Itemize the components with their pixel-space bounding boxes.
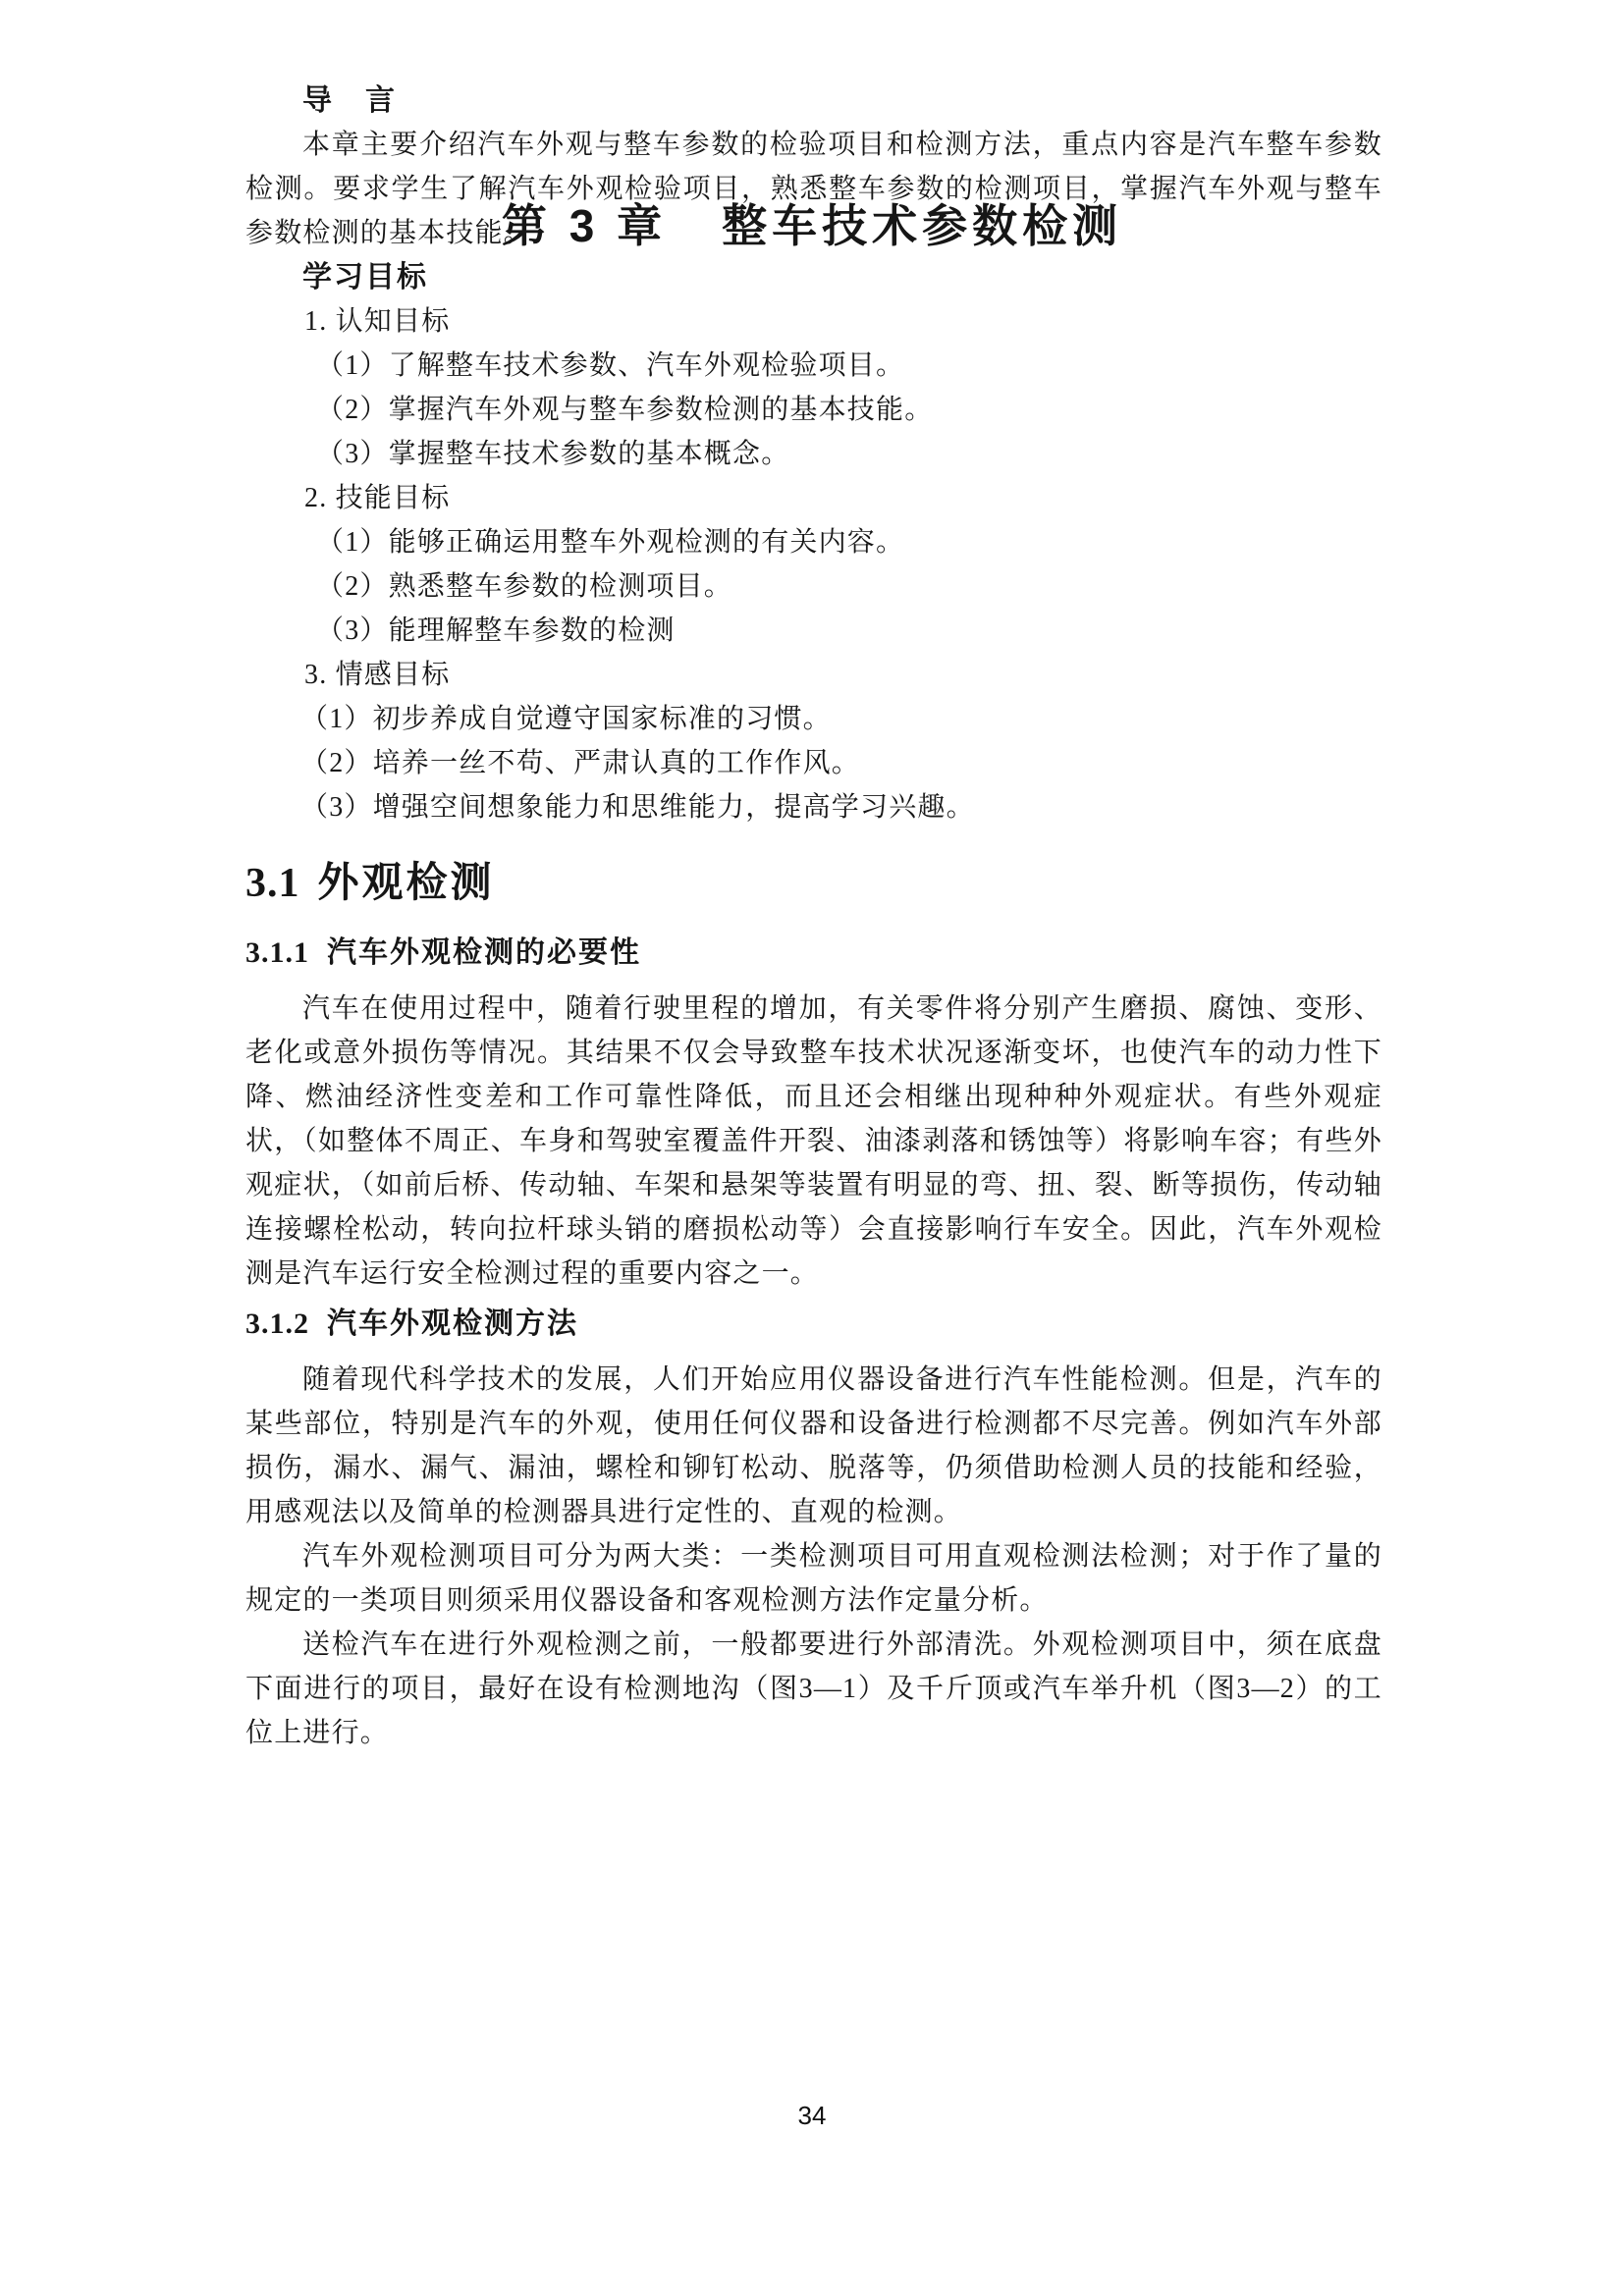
objective-item: （2）掌握汽车外观与整车参数检测的基本技能。 bbox=[245, 388, 1382, 432]
body-paragraph: 汽车外观检测项目可分为两大类：一类检测项目可用直观检测法检测；对于作了量的规定的… bbox=[245, 1534, 1382, 1623]
body-paragraph: 汽车在使用过程中，随着行驶里程的增加，有关零件将分别产生磨损、腐蚀、变形、老化或… bbox=[245, 987, 1382, 1296]
subsection-body: 随着现代科学技术的发展，人们开始应用仪器设备进行汽车性能检测。但是，汽车的某些部… bbox=[245, 1358, 1382, 1755]
objective-group-heading: 3. 情感目标 bbox=[245, 653, 1382, 697]
objective-item: （2）培养一丝不苟、严肃认真的工作作风。 bbox=[245, 741, 1382, 785]
subsection-title: 汽车外观检测方法 bbox=[327, 1308, 578, 1340]
page-content: 导 言 本章主要介绍汽车外观与整车参数的检验项目和检测方法，重点内容是汽车整车参… bbox=[245, 0, 1382, 1755]
section-number: 3.1 bbox=[245, 861, 300, 906]
text-flow: 导 言 本章主要介绍汽车外观与整车参数的检验项目和检测方法，重点内容是汽车整车参… bbox=[245, 79, 1382, 829]
objective-item: （1）初步养成自觉遵守国家标准的习惯。 bbox=[245, 697, 1382, 741]
subsection-body: 汽车在使用过程中，随着行驶里程的增加，有关零件将分别产生磨损、腐蚀、变形、老化或… bbox=[245, 987, 1382, 1296]
section-heading: 3.1外观检测 bbox=[245, 857, 1382, 909]
objective-item: （3）掌握整车技术参数的基本概念。 bbox=[245, 432, 1382, 476]
objective-item: （1）能够正确运用整车外观检测的有关内容。 bbox=[245, 520, 1382, 564]
objective-group-heading: 1. 认知目标 bbox=[245, 299, 1382, 344]
intro-paragraph: 本章主要介绍汽车外观与整车参数的检验项目和检测方法，重点内容是汽车整车参数检测。… bbox=[245, 123, 1382, 255]
subsection-heading: 3.1.1汽车外观检测的必要性 bbox=[245, 931, 1382, 975]
subsection-title: 汽车外观检测的必要性 bbox=[327, 936, 641, 969]
subsection-heading: 3.1.2汽车外观检测方法 bbox=[245, 1302, 1382, 1346]
objective-item: （1）了解整车技术参数、汽车外观检验项目。 bbox=[245, 344, 1382, 388]
objectives-heading: 学习目标 bbox=[245, 255, 1382, 299]
body-paragraph: 随着现代科学技术的发展，人们开始应用仪器设备进行汽车性能检测。但是，汽车的某些部… bbox=[245, 1358, 1382, 1534]
subsection-number: 3.1.2 bbox=[245, 1308, 309, 1340]
intro-heading: 导 言 bbox=[245, 79, 1382, 123]
page-number: 34 bbox=[0, 2101, 1624, 2131]
objective-item: （3）能理解整车参数的检测 bbox=[245, 609, 1382, 653]
objective-group-heading: 2. 技能目标 bbox=[245, 476, 1382, 520]
objective-item: （3）增强空间想象能力和思维能力，提高学习兴趣。 bbox=[245, 785, 1382, 829]
document-page: 第 3 章整车技术参数检测 导 言 本章主要介绍汽车外观与整车参数的检验项目和检… bbox=[0, 0, 1624, 2296]
section-title: 外观检测 bbox=[318, 859, 495, 905]
body-paragraph: 送检汽车在进行外观检测之前，一般都要进行外部清洗。外观检测项目中，须在底盘下面进… bbox=[245, 1623, 1382, 1755]
objective-item: （2）熟悉整车参数的检测项目。 bbox=[245, 564, 1382, 609]
subsection-number: 3.1.1 bbox=[245, 936, 309, 969]
